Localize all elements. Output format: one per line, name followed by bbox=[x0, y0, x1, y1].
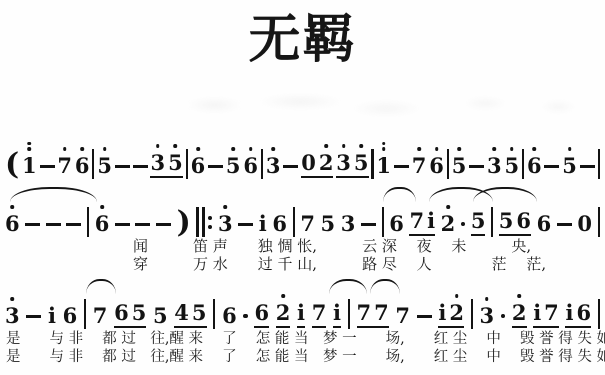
note: 3 bbox=[5, 303, 20, 328]
slur-arc bbox=[86, 279, 116, 294]
note-glyph: 6 bbox=[5, 211, 20, 236]
octave-dot bbox=[382, 147, 386, 151]
note-glyph: 3 bbox=[266, 153, 281, 178]
note: i bbox=[438, 300, 446, 325]
octave-dot bbox=[517, 294, 521, 298]
octave-dot bbox=[63, 147, 67, 151]
note-glyph: 6 bbox=[191, 153, 206, 178]
duration-dash bbox=[557, 223, 572, 226]
note: 6 bbox=[537, 211, 552, 236]
octave-dot bbox=[249, 147, 253, 151]
notation-line-intro-1: (1765356563023517653565 bbox=[5, 134, 600, 178]
octave-dots bbox=[271, 147, 275, 153]
duration-dash bbox=[26, 315, 41, 318]
note-glyph: 3 bbox=[487, 153, 502, 178]
note-glyph: 7 bbox=[357, 300, 372, 325]
note-glyph: 5 bbox=[132, 300, 147, 325]
octave-dots bbox=[446, 205, 450, 211]
note: 5 bbox=[354, 150, 369, 175]
note: 7 bbox=[357, 300, 372, 325]
note-glyph: 7 bbox=[409, 208, 424, 233]
octave-dot bbox=[174, 144, 178, 148]
note: 6 bbox=[429, 153, 444, 178]
octave-dots bbox=[63, 147, 67, 153]
note-glyph: 6 bbox=[527, 153, 542, 178]
octave-dot bbox=[455, 294, 459, 298]
barline bbox=[84, 299, 86, 329]
note-glyph: 6 bbox=[75, 153, 90, 178]
note: 7 bbox=[412, 153, 427, 178]
beamed-notes: 65 bbox=[114, 300, 146, 328]
note: 5 bbox=[471, 208, 486, 236]
note-glyph: 3 bbox=[5, 303, 20, 328]
octave-dots bbox=[224, 205, 228, 211]
octave-dot bbox=[324, 144, 328, 148]
note: 3 bbox=[218, 211, 233, 236]
octave-dot bbox=[435, 147, 439, 151]
note: 6 bbox=[114, 300, 129, 325]
note: 7 bbox=[374, 300, 389, 325]
note: 7 bbox=[300, 211, 315, 236]
beamed-notes: i6 bbox=[565, 300, 591, 328]
barline bbox=[186, 149, 188, 179]
duration-dash bbox=[361, 223, 376, 226]
beamed-notes: 02 bbox=[301, 150, 333, 178]
note-glyph: 4 bbox=[174, 300, 189, 325]
note: 7 bbox=[544, 300, 559, 325]
barline bbox=[261, 149, 263, 179]
octave-dot bbox=[568, 147, 572, 151]
octave-dot bbox=[224, 205, 228, 209]
octave-dot bbox=[100, 205, 104, 209]
note: 7 bbox=[395, 303, 410, 328]
note-glyph: 6 bbox=[254, 300, 269, 328]
note: 6 bbox=[576, 300, 591, 325]
duration-dash bbox=[544, 165, 559, 168]
duration-dash bbox=[115, 223, 130, 226]
duration-dash bbox=[40, 165, 55, 168]
note-glyph: 2 bbox=[441, 211, 456, 236]
barline bbox=[598, 149, 600, 179]
note-glyph: 2 bbox=[512, 300, 527, 328]
octave-dots bbox=[100, 205, 104, 211]
note-glyph: 5 bbox=[354, 150, 369, 175]
note-glyph: 5 bbox=[471, 208, 486, 236]
note: 2 bbox=[319, 150, 334, 175]
note: 5 bbox=[226, 153, 241, 178]
note-glyph: i bbox=[427, 208, 435, 233]
octave-dot bbox=[80, 147, 84, 151]
duration-dash bbox=[238, 223, 253, 226]
note: i bbox=[48, 303, 56, 328]
lyrics-row-verse2-b: 是 与 非 都 过 往,醒 来 了 怎 能 当 梦 一 场, 红 尘 中 毁 誉… bbox=[6, 348, 605, 366]
octave-dots bbox=[231, 147, 235, 153]
note-glyph: 5 bbox=[97, 153, 112, 178]
octave-dot bbox=[196, 147, 200, 151]
note-glyph: 7 bbox=[93, 303, 108, 328]
octave-dot bbox=[493, 147, 497, 151]
note-glyph: 5 bbox=[452, 153, 467, 178]
barline bbox=[92, 149, 94, 179]
octave-dots bbox=[174, 144, 178, 150]
note-glyph: 6 bbox=[429, 153, 444, 178]
note: 3 bbox=[341, 211, 356, 236]
augmentation-dot bbox=[461, 222, 465, 226]
duration-dash bbox=[208, 165, 223, 168]
octave-dot bbox=[28, 142, 32, 146]
note-glyph: 7 bbox=[412, 153, 427, 178]
augmentation-dot bbox=[243, 314, 247, 318]
octave-dots bbox=[342, 144, 346, 150]
lyrics-row-verse1-a: 闻 笛 声 独 惆 怅, 云 深 夜 未 央, bbox=[133, 237, 531, 255]
beamed-notes: i7 bbox=[533, 300, 559, 328]
repeat-dots bbox=[208, 216, 212, 229]
octave-dot bbox=[281, 294, 285, 298]
duration-dash bbox=[66, 223, 81, 226]
note: 6 bbox=[222, 303, 237, 328]
octave-dots bbox=[417, 147, 421, 153]
note: 2 bbox=[449, 300, 464, 325]
note-glyph: i bbox=[533, 300, 541, 325]
note: 1 bbox=[22, 153, 37, 178]
beamed-notes: 35 bbox=[336, 150, 368, 178]
barline bbox=[371, 149, 373, 179]
octave-dot bbox=[510, 147, 514, 151]
note-glyph: 5 bbox=[321, 211, 336, 236]
note: 3 bbox=[336, 150, 351, 175]
song-title: 无羁 bbox=[0, 8, 605, 72]
note: 6 bbox=[63, 303, 78, 328]
octave-dots bbox=[281, 294, 285, 300]
note: 2 bbox=[276, 300, 291, 328]
note-glyph: 5 bbox=[504, 153, 519, 178]
note-glyph: 5 bbox=[562, 153, 577, 178]
note: 3 bbox=[150, 150, 165, 175]
slur-arc bbox=[329, 279, 367, 294]
octave-dots bbox=[103, 147, 107, 153]
note-glyph: 6 bbox=[537, 211, 552, 236]
octave-dots bbox=[324, 144, 328, 150]
note: 6 bbox=[243, 153, 258, 178]
note-glyph: 5 bbox=[499, 208, 514, 233]
note-glyph: 2 bbox=[449, 300, 464, 325]
note-glyph: 7 bbox=[544, 300, 559, 325]
octave-dots bbox=[435, 147, 439, 153]
octave-dots bbox=[156, 144, 160, 150]
duration-dash bbox=[25, 223, 40, 226]
note-glyph: 6 bbox=[243, 153, 258, 178]
octave-dots bbox=[493, 147, 497, 153]
barline bbox=[598, 299, 600, 329]
faint-watermark bbox=[150, 88, 580, 122]
octave-dot bbox=[11, 205, 15, 209]
octave-dots bbox=[457, 147, 461, 153]
beamed-notes: i2 bbox=[438, 300, 464, 328]
barline bbox=[522, 149, 524, 179]
duration-dash bbox=[469, 165, 484, 168]
barline bbox=[598, 207, 600, 237]
octave-dot bbox=[485, 297, 489, 301]
augmentation-dot bbox=[501, 314, 505, 318]
octave-dots bbox=[382, 142, 386, 153]
octave-dot bbox=[156, 144, 160, 148]
note-glyph: 6 bbox=[389, 211, 404, 236]
duration-dash bbox=[580, 165, 595, 168]
note: i bbox=[297, 300, 305, 328]
duration-dash bbox=[156, 223, 171, 226]
octave-dots bbox=[533, 147, 537, 153]
barline bbox=[293, 207, 295, 237]
octave-dots bbox=[510, 147, 514, 153]
note: i bbox=[533, 300, 541, 325]
note-glyph: 5 bbox=[192, 300, 207, 325]
note-glyph: 3 bbox=[336, 150, 351, 175]
note-glyph: 7 bbox=[312, 300, 327, 328]
octave-dots bbox=[359, 144, 363, 150]
note: 6 bbox=[95, 211, 110, 236]
slur-arc bbox=[370, 279, 400, 294]
note: 6 bbox=[254, 300, 269, 328]
octave-dot bbox=[11, 297, 15, 301]
octave-dot bbox=[457, 147, 461, 151]
barline bbox=[382, 207, 384, 237]
octave-dot bbox=[446, 205, 450, 209]
octave-dot bbox=[231, 147, 235, 151]
rest-glyph: 0 bbox=[301, 150, 316, 175]
octave-dots bbox=[517, 294, 521, 300]
note: 3 bbox=[487, 153, 502, 178]
octave-dot bbox=[342, 144, 346, 148]
note-glyph: 6 bbox=[272, 211, 287, 236]
note: i bbox=[427, 208, 435, 233]
repeat-bar bbox=[196, 207, 199, 237]
note: 5 bbox=[168, 150, 183, 175]
octave-dots bbox=[28, 142, 32, 153]
note: i bbox=[565, 300, 573, 325]
note: 5 bbox=[499, 208, 514, 233]
octave-dot bbox=[271, 147, 275, 151]
note-glyph: i bbox=[259, 211, 267, 236]
beamed-notes: 45 bbox=[174, 300, 206, 328]
note-glyph: 5 bbox=[226, 153, 241, 178]
duration-dash bbox=[115, 165, 130, 168]
repeat-bar bbox=[202, 207, 205, 237]
note: 7 bbox=[312, 300, 327, 328]
repeat-dot bbox=[208, 225, 212, 229]
octave-dots bbox=[11, 205, 15, 211]
note: i bbox=[333, 300, 341, 328]
note-glyph: 7 bbox=[395, 303, 410, 328]
note-glyph: 7 bbox=[300, 211, 315, 236]
octave-dot bbox=[417, 147, 421, 151]
note: 0 bbox=[577, 211, 592, 236]
octave-dot bbox=[103, 147, 107, 151]
note: 4 bbox=[174, 300, 189, 325]
note: 7 bbox=[409, 208, 424, 233]
note: 0 bbox=[301, 150, 316, 175]
note-glyph: 3 bbox=[341, 211, 356, 236]
slur-arc bbox=[473, 187, 537, 202]
note: 6 bbox=[191, 153, 206, 178]
note: i bbox=[259, 211, 267, 236]
octave-dot bbox=[28, 147, 32, 151]
octave-dots bbox=[568, 147, 572, 153]
repeat-dot bbox=[208, 216, 212, 220]
duration-dash bbox=[46, 223, 61, 226]
note: 3 bbox=[266, 153, 281, 178]
note-glyph: 3 bbox=[150, 150, 165, 175]
note: 5 bbox=[132, 300, 147, 325]
note-glyph: 6 bbox=[63, 303, 78, 328]
barline bbox=[471, 299, 473, 329]
note: 5 bbox=[192, 300, 207, 325]
duration-dash bbox=[417, 315, 432, 318]
duration-dash bbox=[394, 165, 409, 168]
note-glyph: 2 bbox=[276, 300, 291, 328]
note: 6 bbox=[516, 208, 531, 233]
note: 7 bbox=[57, 153, 72, 178]
note: 7 bbox=[93, 303, 108, 328]
note: 1 bbox=[376, 153, 391, 178]
note-glyph: 6 bbox=[95, 211, 110, 236]
barline bbox=[348, 299, 350, 329]
note: 6 bbox=[75, 153, 90, 178]
octave-dot bbox=[382, 142, 386, 146]
note-glyph: 7 bbox=[374, 300, 389, 325]
octave-dot bbox=[533, 147, 537, 151]
octave-dots bbox=[196, 147, 200, 153]
note: 6 bbox=[389, 211, 404, 236]
barline bbox=[491, 207, 493, 237]
open-paren: ( bbox=[5, 150, 19, 180]
note-glyph: 3 bbox=[480, 303, 495, 328]
note: 3 bbox=[480, 303, 495, 328]
slur-arc bbox=[10, 187, 97, 202]
note-glyph: 2 bbox=[319, 150, 334, 175]
note: 6 bbox=[272, 211, 287, 236]
octave-dots bbox=[485, 297, 489, 303]
note: 5 bbox=[321, 211, 336, 236]
note-glyph: i bbox=[333, 300, 341, 328]
lyrics-row-verse1-b: 是 与 非 都 过 往,醒 来 了 怎 能 当 梦 一 场, 红 尘 中 毁 誉… bbox=[6, 330, 605, 348]
note-glyph: 6 bbox=[114, 300, 129, 325]
beamed-notes: 7i bbox=[409, 208, 435, 236]
close-paren: ) bbox=[177, 208, 191, 238]
note-glyph: i bbox=[565, 300, 573, 325]
note: 5 bbox=[153, 303, 168, 328]
duration-dash bbox=[133, 165, 148, 168]
duration-dash bbox=[135, 223, 150, 226]
beamed-notes: 56 bbox=[499, 208, 531, 236]
note-glyph: 5 bbox=[153, 303, 168, 328]
duration-dash bbox=[283, 165, 298, 168]
barline bbox=[447, 149, 449, 179]
note-glyph: i bbox=[48, 303, 56, 328]
slur-arc bbox=[383, 187, 415, 202]
note: 6 bbox=[5, 211, 20, 236]
beamed-notes: 77 bbox=[357, 300, 389, 328]
note: 2 bbox=[512, 300, 527, 328]
note-glyph: 6 bbox=[516, 208, 531, 233]
note-glyph: i bbox=[438, 300, 446, 325]
note: 2 bbox=[441, 211, 456, 236]
note: 5 bbox=[504, 153, 519, 178]
note: 5 bbox=[562, 153, 577, 178]
sheet-music-page: 无羁 (1765356563023517653565 66)3i675367i2… bbox=[0, 0, 605, 375]
note-glyph: 1 bbox=[376, 153, 391, 178]
barline bbox=[213, 299, 215, 329]
octave-dot bbox=[359, 144, 363, 148]
repeat-start-sign bbox=[196, 207, 212, 237]
note: 6 bbox=[527, 153, 542, 178]
note: 5 bbox=[97, 153, 112, 178]
octave-dots bbox=[249, 147, 253, 153]
note-glyph: 6 bbox=[576, 300, 591, 325]
lyrics-row-verse2-a: 穿 万 水 过 千 山, 路 尽 人 茫 茫, bbox=[133, 255, 546, 273]
note: 5 bbox=[452, 153, 467, 178]
octave-dots bbox=[80, 147, 84, 153]
note-glyph: 7 bbox=[57, 153, 72, 178]
note-glyph: 1 bbox=[22, 153, 37, 178]
notation-line-verse-2: 3i6765545662i7i777i232i7i6 bbox=[5, 284, 600, 328]
note-glyph: i bbox=[297, 300, 305, 328]
barline bbox=[87, 207, 89, 237]
octave-dots bbox=[11, 297, 15, 303]
note-glyph: 6 bbox=[222, 303, 237, 328]
notation-line-verse-1: 66)3i675367i255660 bbox=[5, 192, 600, 236]
beamed-notes: 35 bbox=[150, 150, 182, 178]
rest-glyph: 0 bbox=[577, 211, 592, 236]
octave-dots bbox=[455, 294, 459, 300]
note-glyph: 3 bbox=[218, 211, 233, 236]
note-glyph: 5 bbox=[168, 150, 183, 175]
